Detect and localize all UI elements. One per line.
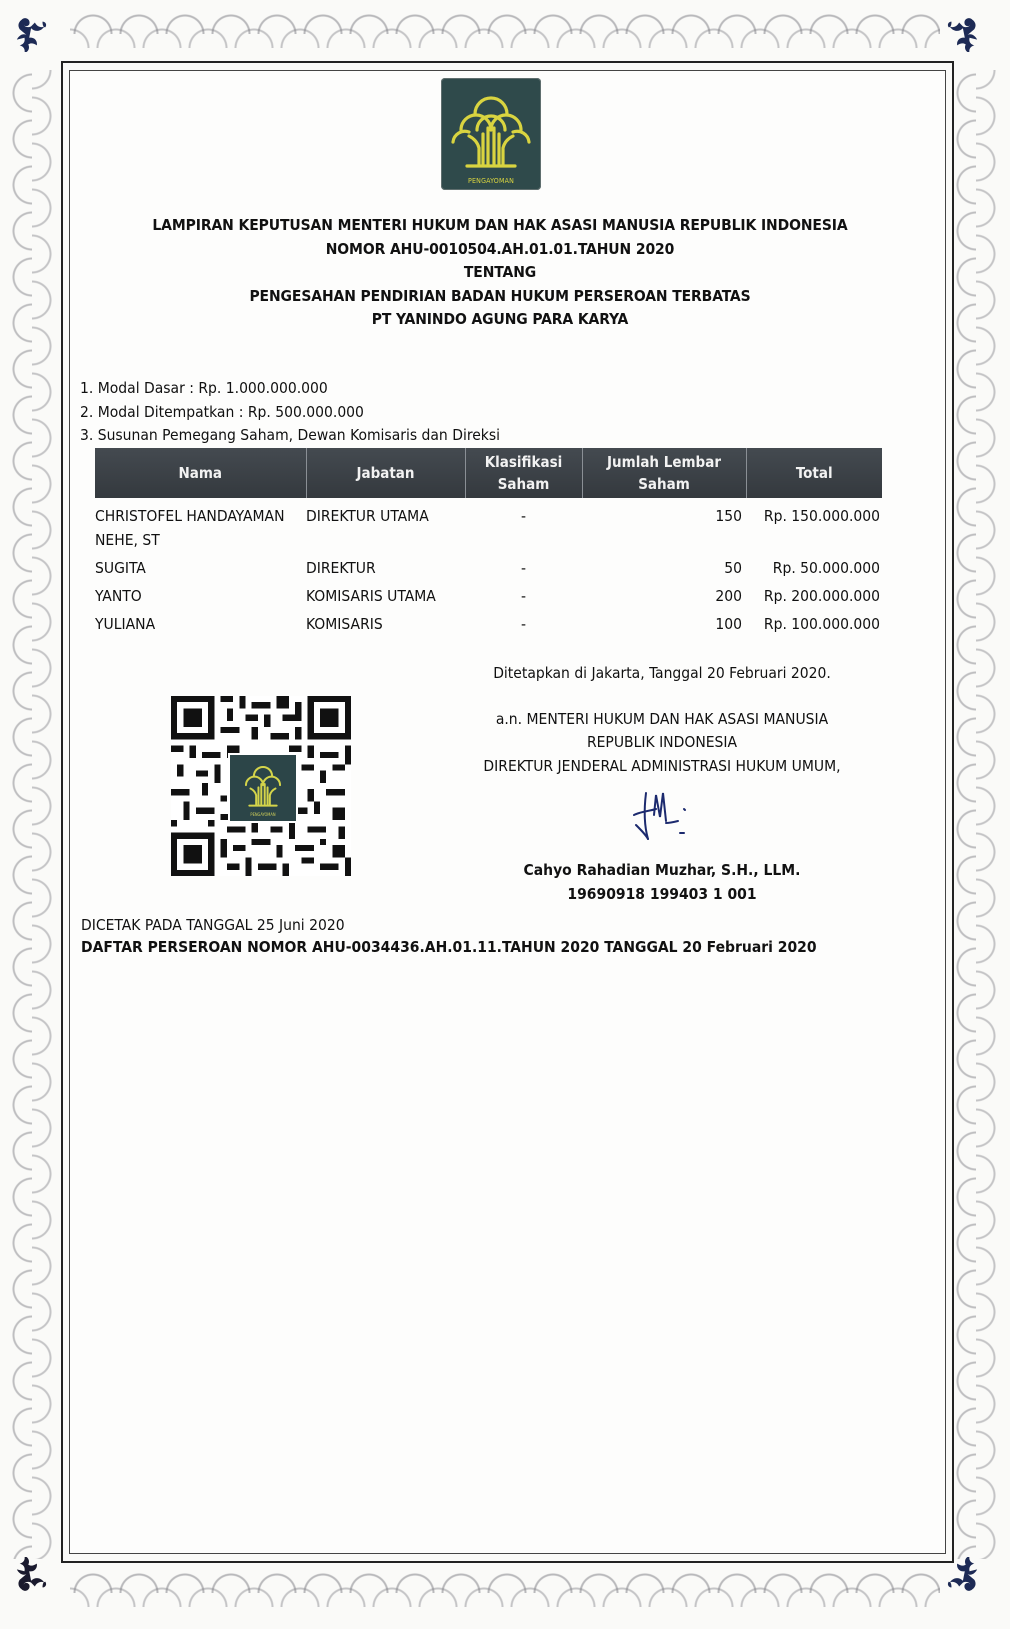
- decorative-border-top: [70, 10, 940, 58]
- cell-nama: YULIANA: [95, 610, 306, 638]
- printed-date: DICETAK PADA TANGGAL 25 Juni 2020: [81, 914, 345, 938]
- cell-total: Rp. 150.000.000: [746, 498, 882, 554]
- cell-jumlah: 150: [582, 498, 746, 554]
- title-line-2: NOMOR AHU-0010504.AH.01.01.TAHUN 2020: [100, 238, 900, 262]
- col-header-klasifikasi: Klasifikasi Saham: [465, 448, 582, 498]
- registry-number: DAFTAR PERSEROAN NOMOR AHU-0034436.AH.01…: [81, 936, 817, 960]
- pengayoman-tree-icon: [447, 84, 535, 172]
- table-row: CHRISTOFEL HANDAYAMAN NEHE, ST DIREKTUR …: [95, 498, 882, 554]
- cell-klasifikasi: -: [465, 554, 582, 582]
- qr-code-icon: PENGAYOMAN: [171, 696, 351, 876]
- place-date: Ditetapkan di Jakarta, Tanggal 20 Februa…: [462, 662, 862, 686]
- col-header-total: Total: [746, 448, 882, 498]
- cell-nama: YANTO: [95, 582, 306, 610]
- signer: Cahyo Rahadian Muzhar, S.H., LLM. 196909…: [462, 859, 862, 906]
- handwritten-signature-icon: [628, 785, 698, 845]
- title-line-1: LAMPIRAN KEPUTUSAN MENTERI HUKUM DAN HAK…: [100, 214, 900, 238]
- item-susunan: 3. Susunan Pemegang Saham, Dewan Komisar…: [80, 424, 500, 448]
- logo-label: PENGAYOMAN: [441, 177, 541, 185]
- capital-items: 1. Modal Dasar : Rp. 1.000.000.000 2. Mo…: [80, 377, 500, 448]
- signer-position: DIREKTUR JENDERAL ADMINISTRASI HUKUM UMU…: [462, 755, 862, 779]
- decorative-border-right: [952, 70, 1002, 1559]
- qr-center-label: PENGAYOMAN: [230, 812, 296, 817]
- item-modal-ditempatkan: 2. Modal Ditempatkan : Rp. 500.000.000: [80, 401, 500, 425]
- corner-ornament-icon: [14, 1557, 52, 1595]
- signer-name: Cahyo Rahadian Muzhar, S.H., LLM.: [462, 859, 862, 883]
- pengayoman-tree-icon: [238, 759, 288, 809]
- col-header-jumlah: Jumlah Lembar Saham: [582, 448, 746, 498]
- cell-total: Rp. 50.000.000: [746, 554, 882, 582]
- cell-nama: SUGITA: [95, 554, 306, 582]
- cell-jabatan: DIREKTUR UTAMA: [306, 498, 465, 554]
- table-row: YULIANA KOMISARIS - 100 Rp. 100.000.000: [95, 610, 882, 638]
- document-title: LAMPIRAN KEPUTUSAN MENTERI HUKUM DAN HAK…: [100, 214, 900, 332]
- decorative-border-left: [8, 70, 58, 1559]
- cell-total: Rp. 200.000.000: [746, 582, 882, 610]
- table-header-row: Nama Jabatan Klasifikasi Saham Jumlah Le…: [95, 448, 882, 498]
- signer-nip: 19690918 199403 1 001: [462, 883, 862, 907]
- signature-block: Ditetapkan di Jakarta, Tanggal 20 Februa…: [462, 662, 862, 778]
- table-row: YANTO KOMISARIS UTAMA - 200 Rp. 200.000.…: [95, 582, 882, 610]
- shareholder-table: Nama Jabatan Klasifikasi Saham Jumlah Le…: [95, 448, 882, 638]
- col-header-jabatan: Jabatan: [306, 448, 465, 498]
- decorative-border-bottom: [70, 1569, 940, 1617]
- cell-jumlah: 50: [582, 554, 746, 582]
- corner-ornament-icon: [942, 14, 980, 52]
- cell-jabatan: KOMISARIS: [306, 610, 465, 638]
- title-line-4: PENGESAHAN PENDIRIAN BADAN HUKUM PERSERO…: [100, 285, 900, 309]
- title-line-3: TENTANG: [100, 261, 900, 285]
- cell-jumlah: 200: [582, 582, 746, 610]
- corner-ornament-icon: [14, 14, 52, 52]
- cell-klasifikasi: -: [465, 610, 582, 638]
- cell-total: Rp. 100.000.000: [746, 610, 882, 638]
- col-header-nama: Nama: [95, 448, 306, 498]
- title-line-5: PT YANINDO AGUNG PARA KARYA: [100, 308, 900, 332]
- cell-klasifikasi: -: [465, 582, 582, 610]
- qr-center-logo: PENGAYOMAN: [228, 753, 298, 823]
- table-row: SUGITA DIREKTUR - 50 Rp. 50.000.000: [95, 554, 882, 582]
- item-modal-dasar: 1. Modal Dasar : Rp. 1.000.000.000: [80, 377, 500, 401]
- document-page: PENGAYOMAN LAMPIRAN KEPUTUSAN MENTERI HU…: [0, 0, 1010, 1629]
- on-behalf-line-2: REPUBLIK INDONESIA: [462, 731, 862, 755]
- on-behalf-line-1: a.n. MENTERI HUKUM DAN HAK ASASI MANUSIA: [462, 708, 862, 732]
- cell-klasifikasi: -: [465, 498, 582, 554]
- cell-jabatan: KOMISARIS UTAMA: [306, 582, 465, 610]
- pengayoman-logo: PENGAYOMAN: [441, 78, 541, 190]
- cell-jabatan: DIREKTUR: [306, 554, 465, 582]
- cell-nama: CHRISTOFEL HANDAYAMAN NEHE, ST: [95, 498, 306, 554]
- cell-jumlah: 100: [582, 610, 746, 638]
